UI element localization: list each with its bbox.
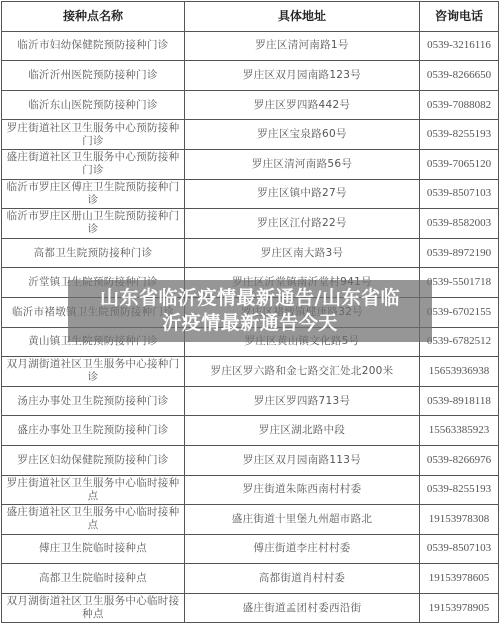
table-row: 双月湖街道社区卫生服务中心临时接种点盛庄街道孟团村委西沿街19153978905	[2, 593, 499, 623]
phone-cell: 0539-8972190	[420, 238, 499, 268]
phone-cell: 0539-7088082	[420, 90, 499, 120]
phone-cell: 0539-8582003	[420, 209, 499, 239]
table-row: 汤庄办事处卫生院预防接种门诊罗庄区罗四路713号0539-8918118	[2, 386, 499, 416]
site-name-cell: 临沂市罗庄区册山卫生院预防接种门诊	[2, 209, 185, 239]
site-name-cell: 临沂沂州医院预防接种门诊	[2, 61, 185, 91]
site-name-cell: 盛庄街道社区卫生服务中心临时接种点	[2, 505, 185, 535]
table-row: 临沂市妇幼保健院预防接种门诊罗庄区清河南路1号0539-3216116	[2, 31, 499, 61]
phone-cell: 19153978605	[420, 564, 499, 594]
address-cell: 罗庄区镇中路27号	[185, 179, 420, 209]
headline-overlay: 山东省临沂疫情最新通告/山东省临 沂疫情最新通告今天	[68, 280, 432, 342]
table-row: 临沂东山医院预防接种门诊罗庄区罗四路442号0539-7088082	[2, 90, 499, 120]
address-cell: 罗庄区罗六路和金七路交汇处北200米	[185, 357, 420, 387]
table-row: 盛庄办事处卫生院预防接种门诊罗庄区湖北路中段15563385923	[2, 416, 499, 446]
phone-cell: 0539-3216116	[420, 31, 499, 61]
phone-cell: 19153978905	[420, 593, 499, 623]
table-row: 临沂市罗庄区傅庄卫生院预防接种门诊罗庄区镇中路27号0539-8507103	[2, 179, 499, 209]
phone-cell: 0539-8266650	[420, 61, 499, 91]
phone-cell: 15653936938	[420, 357, 499, 387]
site-name-cell: 罗庄区妇幼保健院预防接种门诊	[2, 445, 185, 475]
site-name-cell: 盛庄办事处卫生院预防接种门诊	[2, 416, 185, 446]
table-row: 高都卫生院临时接种点高都街道肖村村委19153978605	[2, 564, 499, 594]
table-row: 盛庄街道社区卫生服务中心临时接种点盛庄街道十里堡九州超市路北1915397830…	[2, 505, 499, 535]
address-cell: 罗庄区双月园南路123号	[185, 61, 420, 91]
table-row: 罗庄街道社区卫生服务中心预防接种门诊罗庄区宝泉路60号0539-8255193	[2, 120, 499, 150]
address-cell: 罗庄街道朱陈西南村村委	[185, 475, 420, 505]
table-row: 罗庄区妇幼保健院预防接种门诊罗庄区双月园南路113号0539-8266976	[2, 445, 499, 475]
headline-line-2: 沂疫情最新通告今天	[68, 311, 432, 336]
phone-cell: 0539-8507103	[420, 179, 499, 209]
address-cell: 罗庄区罗四路713号	[185, 386, 420, 416]
site-name-cell: 双月湖街道社区卫生服务中心接种门诊	[2, 357, 185, 387]
site-name-cell: 盛庄街道社区卫生服务中心预防接种门诊	[2, 149, 185, 179]
site-name-cell: 双月湖街道社区卫生服务中心临时接种点	[2, 593, 185, 623]
table-row: 临沂市罗庄区册山卫生院预防接种门诊罗庄区江付路22号0539-8582003	[2, 209, 499, 239]
address-cell: 罗庄区罗四路442号	[185, 90, 420, 120]
phone-cell: 0539-8255193	[420, 475, 499, 505]
table-row: 罗庄街道社区卫生服务中心临时接种点罗庄街道朱陈西南村村委0539-8255193	[2, 475, 499, 505]
phone-cell: 0539-8507103	[420, 534, 499, 564]
phone-cell: 0539-7065120	[420, 149, 499, 179]
table-row: 傅庄卫生院临时接种点傅庄街道李庄村村委0539-8507103	[2, 534, 499, 564]
address-cell: 罗庄区双月园南路113号	[185, 445, 420, 475]
header-address: 具体地址	[185, 2, 420, 32]
phone-cell: 0539-8918118	[420, 386, 499, 416]
address-cell: 罗庄区江付路22号	[185, 209, 420, 239]
address-cell: 罗庄区湖北路中段	[185, 416, 420, 446]
table-header-row: 接种点名称 具体地址 咨询电话	[2, 2, 499, 32]
site-name-cell: 临沂市妇幼保健院预防接种门诊	[2, 31, 185, 61]
address-cell: 盛庄街道孟团村委西沿街	[185, 593, 420, 623]
site-name-cell: 汤庄办事处卫生院预防接种门诊	[2, 386, 185, 416]
address-cell: 罗庄区清河南路56号	[185, 149, 420, 179]
site-name-cell: 傅庄卫生院临时接种点	[2, 534, 185, 564]
address-cell: 罗庄区南大路3号	[185, 238, 420, 268]
table-row: 盛庄街道社区卫生服务中心预防接种门诊罗庄区清河南路56号0539-7065120	[2, 149, 499, 179]
phone-cell: 0539-8266976	[420, 445, 499, 475]
headline-line-1: 山东省临沂疫情最新通告/山东省临	[68, 286, 432, 311]
address-cell: 傅庄街道李庄村村委	[185, 534, 420, 564]
site-name-cell: 罗庄街道社区卫生服务中心预防接种门诊	[2, 120, 185, 150]
site-name-cell: 高都卫生院预防接种门诊	[2, 238, 185, 268]
table-row: 高都卫生院预防接种门诊罗庄区南大路3号0539-8972190	[2, 238, 499, 268]
phone-cell: 19153978308	[420, 505, 499, 535]
phone-cell: 0539-8255193	[420, 120, 499, 150]
address-cell: 罗庄区清河南路1号	[185, 31, 420, 61]
address-cell: 罗庄区宝泉路60号	[185, 120, 420, 150]
address-cell: 高都街道肖村村委	[185, 564, 420, 594]
site-name-cell: 临沂市罗庄区傅庄卫生院预防接种门诊	[2, 179, 185, 209]
site-name-cell: 罗庄街道社区卫生服务中心临时接种点	[2, 475, 185, 505]
header-site-name: 接种点名称	[2, 2, 185, 32]
phone-cell: 15563385923	[420, 416, 499, 446]
table-row: 临沂沂州医院预防接种门诊罗庄区双月园南路123号0539-8266650	[2, 61, 499, 91]
table-row: 双月湖街道社区卫生服务中心接种门诊罗庄区罗六路和金七路交汇处北200米15653…	[2, 357, 499, 387]
site-name-cell: 临沂东山医院预防接种门诊	[2, 90, 185, 120]
header-phone: 咨询电话	[420, 2, 499, 32]
site-name-cell: 高都卫生院临时接种点	[2, 564, 185, 594]
address-cell: 盛庄街道十里堡九州超市路北	[185, 505, 420, 535]
